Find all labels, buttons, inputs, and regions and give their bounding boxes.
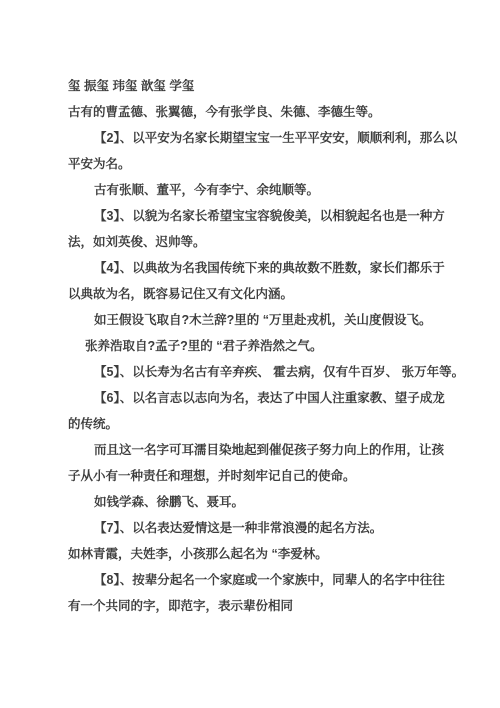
text-line: 【6】、以名言志以志向为名，表达了中国人注重家教、望子成龙 (68, 385, 500, 411)
text-line: 【5】、以长寿为名古有辛弃疾、 霍去病，仅有牛百岁、 张万年等。 (68, 359, 500, 385)
text-line: 【8】、按辈分起名一个家庭或一个家族中，同辈人的名字中往往 (68, 567, 500, 593)
text-line: 而且这一名字可耳濡目染地起到催促孩子努力向上的作用，让孩 (68, 437, 500, 463)
text-line: 有一个共同的字，即范字，表示辈份相同 (68, 593, 500, 619)
document-page: 玺 振玺 玮玺 歆玺 学玺古有的曹孟德、张翼德，今有张学良、朱德、李德生等。【2… (0, 0, 500, 708)
text-line: 【4】、以典故为名我国传统下来的典故数不胜数，家长们都乐于 (68, 255, 500, 281)
document-body: 玺 振玺 玮玺 歆玺 学玺古有的曹孟德、张翼德，今有张学良、朱德、李德生等。【2… (68, 73, 500, 619)
text-line: 以典故为名，既容易记住又有文化内涵。 (68, 281, 500, 307)
text-line: 的传统。 (68, 411, 500, 437)
text-line: 古有张顺、董平，今有李宁、余纯顺等。 (68, 177, 500, 203)
text-line: 平安为名。 (68, 151, 500, 177)
text-line: 张养浩取自?孟子?里的 “君子养浩然之气。 (68, 333, 500, 359)
text-line: 子从小有一种责任和理想，并时刻牢记自己的使命。 (68, 463, 500, 489)
text-line: 【7】、以名表达爱情这是一种非常浪漫的起名方法。 (68, 515, 500, 541)
text-line: 如王假设飞取自?木兰辞?里的 “万里赴戎机，关山度假设飞。 (68, 307, 500, 333)
text-line: 古有的曹孟德、张翼德，今有张学良、朱德、李德生等。 (68, 99, 500, 125)
text-line: 玺 振玺 玮玺 歆玺 学玺 (68, 73, 500, 99)
text-line: 如林青霞，夫姓李，小孩那么起名为 “李爱林。 (68, 541, 500, 567)
text-line: 【3】、以貌为名家长希望宝宝容貌俊美，以相貌起名也是一种方 (68, 203, 500, 229)
text-line: 如钱学森、徐鹏飞、聂耳。 (68, 489, 500, 515)
text-line: 【2】、以平安为名家长期望宝宝一生平平安安，顺顺利利，那么以 (68, 125, 500, 151)
text-line: 法，如刘英俊、迟帅等。 (68, 229, 500, 255)
